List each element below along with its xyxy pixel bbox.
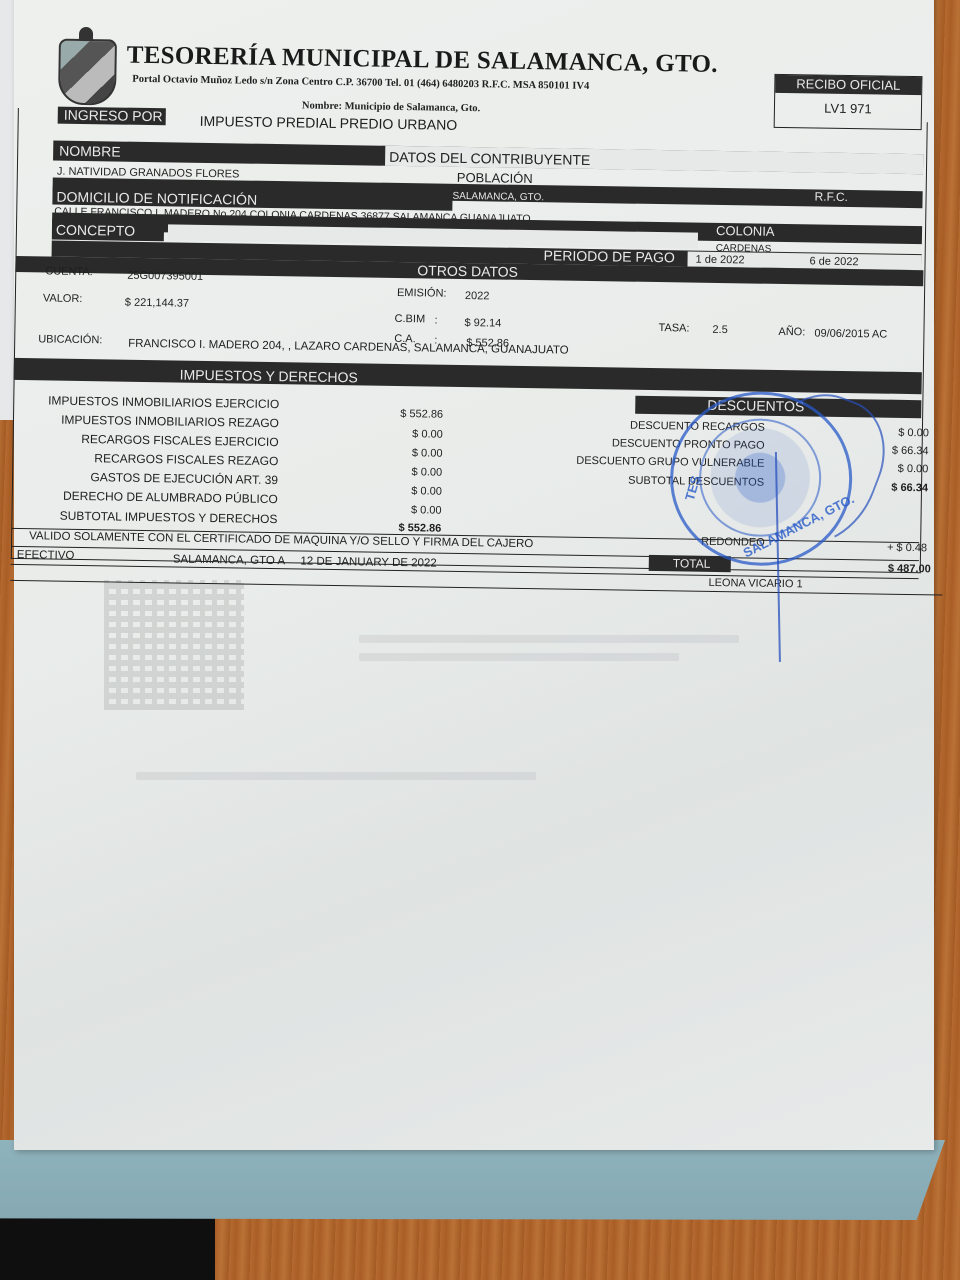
receipt: TESORERÍA MUNICIPAL DE SALAMANCA, GTO. P…	[0, 0, 960, 615]
impuesto-item-amount: $ 0.00	[355, 427, 443, 440]
impuesto-item-amount: $ 552.86	[355, 407, 443, 420]
impuesto-item-amount: $ 0.00	[354, 503, 442, 516]
colonia-label: COLONIA	[716, 223, 775, 239]
faint-text-line	[359, 653, 679, 661]
total-label: TOTAL	[673, 556, 711, 571]
cuenta-value: 25G007395001	[127, 270, 203, 283]
periodo-desde: 1 de 2022	[695, 254, 744, 267]
total-amount: $ 487.00	[843, 562, 931, 575]
valor-value: $ 221,144.37	[125, 297, 189, 310]
impuestos-title: IMPUESTOS Y DERECHOS	[180, 367, 358, 386]
faint-text-line	[359, 635, 739, 643]
nombre-label: NOMBRE	[59, 143, 121, 160]
emision-label: EMISIÓN:	[397, 287, 447, 300]
blue-folder	[0, 1140, 945, 1220]
rfc-label: R.F.C.	[814, 189, 848, 204]
cuenta-label: CUENTA:	[45, 265, 93, 278]
periodo-hasta: 6 de 2022	[809, 255, 858, 268]
ubicacion-label: UBICACIÓN:	[38, 333, 102, 346]
impuesto-item-amount: $ 0.00	[354, 484, 442, 497]
official-receipt-label: RECIBO OFICIAL	[775, 75, 921, 95]
tasa-label: TASA:	[658, 322, 689, 334]
concepto-label: CONCEPTO	[56, 222, 135, 239]
emision-value: 2022	[465, 290, 490, 302]
contribuyente-section-title: DATOS DEL CONTRIBUYENTE	[389, 149, 590, 168]
poblacion-value: SALAMANCA, GTO.	[452, 191, 544, 203]
cbim-value: $ 92.14	[464, 317, 501, 330]
coat-of-arms-icon	[58, 39, 117, 106]
issuer-address: Portal Octavio Muñoz Ledo s/n Zona Centr…	[132, 74, 589, 92]
tasa-value: 2.5	[712, 324, 727, 336]
cbim-sep: :	[434, 315, 437, 327]
ingreso-label: INGRESO POR	[64, 107, 163, 125]
anio-label: AÑO:	[778, 326, 805, 338]
anio-value: 09/06/2015 AC	[814, 328, 887, 341]
faint-text-line	[136, 772, 536, 780]
periodo-label: PERIODO DE PAGO	[544, 247, 675, 265]
impuesto-item-amount: $ 0.00	[354, 465, 442, 478]
issuer-title: TESORERÍA MUNICIPAL DE SALAMANCA, GTO.	[126, 42, 717, 79]
valor-label: VALOR:	[43, 292, 83, 305]
impuesto-item-amount: $ 0.00	[354, 446, 442, 459]
domicilio-label: DOMICILIO DE NOTIFICACIÓN	[56, 189, 257, 208]
cbim-label: C.BIM	[395, 313, 426, 325]
otros-datos-title: OTROS DATOS	[417, 262, 518, 280]
payment-method: EFECTIVO	[17, 549, 75, 562]
cashier-location: LEONA VICARIO 1	[708, 577, 802, 590]
